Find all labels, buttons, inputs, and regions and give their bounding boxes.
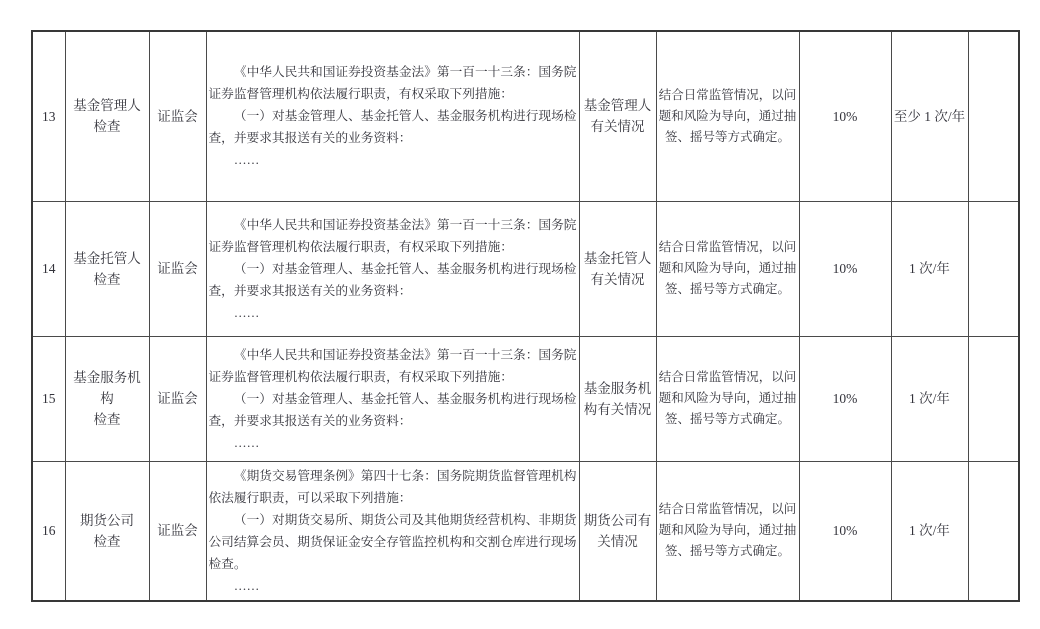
cell-selection-method: 结合日常监管情况，以问题和风险为导向，通过抽签、摇号等方式确定。 <box>656 461 799 601</box>
cell-frequency: 至少 1 次/年 <box>891 31 968 201</box>
cell-inspection-target: 基金管理人 有关情况 <box>579 31 656 201</box>
cell-inspection-name: 基金服务机构 检查 <box>65 336 149 461</box>
cell-ratio: 10% <box>799 31 891 201</box>
legal-paragraph: 《中华人民共和国证券投资基金法》第一百一十三条：国务院证券监督管理机构依法履行职… <box>209 344 577 388</box>
inspection-target-line: 基金服务机 <box>582 378 654 399</box>
cell-row-number: 16 <box>32 461 65 601</box>
cell-selection-method: 结合日常监管情况，以问题和风险为导向，通过抽签、摇号等方式确定。 <box>656 336 799 461</box>
cell-authority: 证监会 <box>149 461 206 601</box>
cell-ratio: 10% <box>799 336 891 461</box>
cell-authority: 证监会 <box>149 336 206 461</box>
inspection-name-line: 基金服务机构 <box>68 367 147 409</box>
legal-ellipsis: …… <box>209 302 577 324</box>
legal-paragraph: （一）对期货交易所、期货公司及其他期货经营机构、非期货公司结算会员、期货保证金安… <box>209 509 577 575</box>
inspection-name-line: 基金托管人 <box>68 248 147 269</box>
cell-legal-basis: 《中华人民共和国证券投资基金法》第一百一十三条：国务院证券监督管理机构依法履行职… <box>206 336 579 461</box>
cell-row-number: 15 <box>32 336 65 461</box>
cell-empty <box>968 201 1019 336</box>
legal-paragraph: 《中华人民共和国证券投资基金法》第一百一十三条：国务院证券监督管理机构依法履行职… <box>209 214 577 258</box>
table-row: 13 基金管理人 检查 证监会 《中华人民共和国证券投资基金法》第一百一十三条：… <box>32 31 1019 201</box>
legal-paragraph: （一）对基金管理人、基金托管人、基金服务机构进行现场检查，并要求其报送有关的业务… <box>209 388 577 432</box>
cell-inspection-name: 基金托管人 检查 <box>65 201 149 336</box>
inspection-target-line: 有关情况 <box>582 269 654 290</box>
table-row: 15 基金服务机构 检查 证监会 《中华人民共和国证券投资基金法》第一百一十三条… <box>32 336 1019 461</box>
inspection-name-line: 检查 <box>68 409 147 430</box>
cell-inspection-target: 基金服务机 构有关情况 <box>579 336 656 461</box>
inspection-name-line: 检查 <box>68 269 147 290</box>
cell-row-number: 14 <box>32 201 65 336</box>
table-row: 14 基金托管人 检查 证监会 《中华人民共和国证券投资基金法》第一百一十三条：… <box>32 201 1019 336</box>
legal-ellipsis: …… <box>209 149 577 171</box>
inspection-target-line: 构有关情况 <box>582 399 654 420</box>
inspection-name-line: 期货公司 <box>68 510 147 531</box>
legal-paragraph: （一）对基金管理人、基金托管人、基金服务机构进行现场检查，并要求其报送有关的业务… <box>209 258 577 302</box>
cell-ratio: 10% <box>799 201 891 336</box>
inspection-table: 13 基金管理人 检查 证监会 《中华人民共和国证券投资基金法》第一百一十三条：… <box>31 30 1020 602</box>
cell-empty <box>968 461 1019 601</box>
legal-paragraph: （一）对基金管理人、基金托管人、基金服务机构进行现场检查，并要求其报送有关的业务… <box>209 105 577 149</box>
cell-inspection-name: 基金管理人 检查 <box>65 31 149 201</box>
inspection-target-line: 基金管理人 <box>582 95 654 116</box>
inspection-target-line: 期货公司有 <box>582 510 654 531</box>
cell-frequency: 1 次/年 <box>891 336 968 461</box>
cell-row-number: 13 <box>32 31 65 201</box>
legal-paragraph: 《中华人民共和国证券投资基金法》第一百一十三条：国务院证券监督管理机构依法履行职… <box>209 61 577 105</box>
cell-empty <box>968 336 1019 461</box>
table-row: 16 期货公司 检查 证监会 《期货交易管理条例》第四十七条：国务院期货监督管理… <box>32 461 1019 601</box>
cell-legal-basis: 《中华人民共和国证券投资基金法》第一百一十三条：国务院证券监督管理机构依法履行职… <box>206 201 579 336</box>
inspection-name-line: 检查 <box>68 116 147 137</box>
document-page: 13 基金管理人 检查 证监会 《中华人民共和国证券投资基金法》第一百一十三条：… <box>0 0 1040 629</box>
inspection-name-line: 基金管理人 <box>68 95 147 116</box>
legal-paragraph: 《期货交易管理条例》第四十七条：国务院期货监督管理机构依法履行职责，可以采取下列… <box>209 465 577 509</box>
cell-inspection-target: 期货公司有 关情况 <box>579 461 656 601</box>
legal-ellipsis: …… <box>209 575 577 597</box>
cell-selection-method: 结合日常监管情况，以问题和风险为导向，通过抽签、摇号等方式确定。 <box>656 201 799 336</box>
cell-ratio: 10% <box>799 461 891 601</box>
cell-legal-basis: 《期货交易管理条例》第四十七条：国务院期货监督管理机构依法履行职责，可以采取下列… <box>206 461 579 601</box>
inspection-name-line: 检查 <box>68 531 147 552</box>
cell-frequency: 1 次/年 <box>891 201 968 336</box>
cell-frequency: 1 次/年 <box>891 461 968 601</box>
inspection-target-line: 基金托管人 <box>582 248 654 269</box>
cell-inspection-target: 基金托管人 有关情况 <box>579 201 656 336</box>
cell-empty <box>968 31 1019 201</box>
inspection-target-line: 有关情况 <box>582 116 654 137</box>
cell-selection-method: 结合日常监管情况，以问题和风险为导向，通过抽签、摇号等方式确定。 <box>656 31 799 201</box>
cell-inspection-name: 期货公司 检查 <box>65 461 149 601</box>
cell-authority: 证监会 <box>149 31 206 201</box>
legal-ellipsis: …… <box>209 432 577 454</box>
cell-authority: 证监会 <box>149 201 206 336</box>
inspection-target-line: 关情况 <box>582 531 654 552</box>
cell-legal-basis: 《中华人民共和国证券投资基金法》第一百一十三条：国务院证券监督管理机构依法履行职… <box>206 31 579 201</box>
